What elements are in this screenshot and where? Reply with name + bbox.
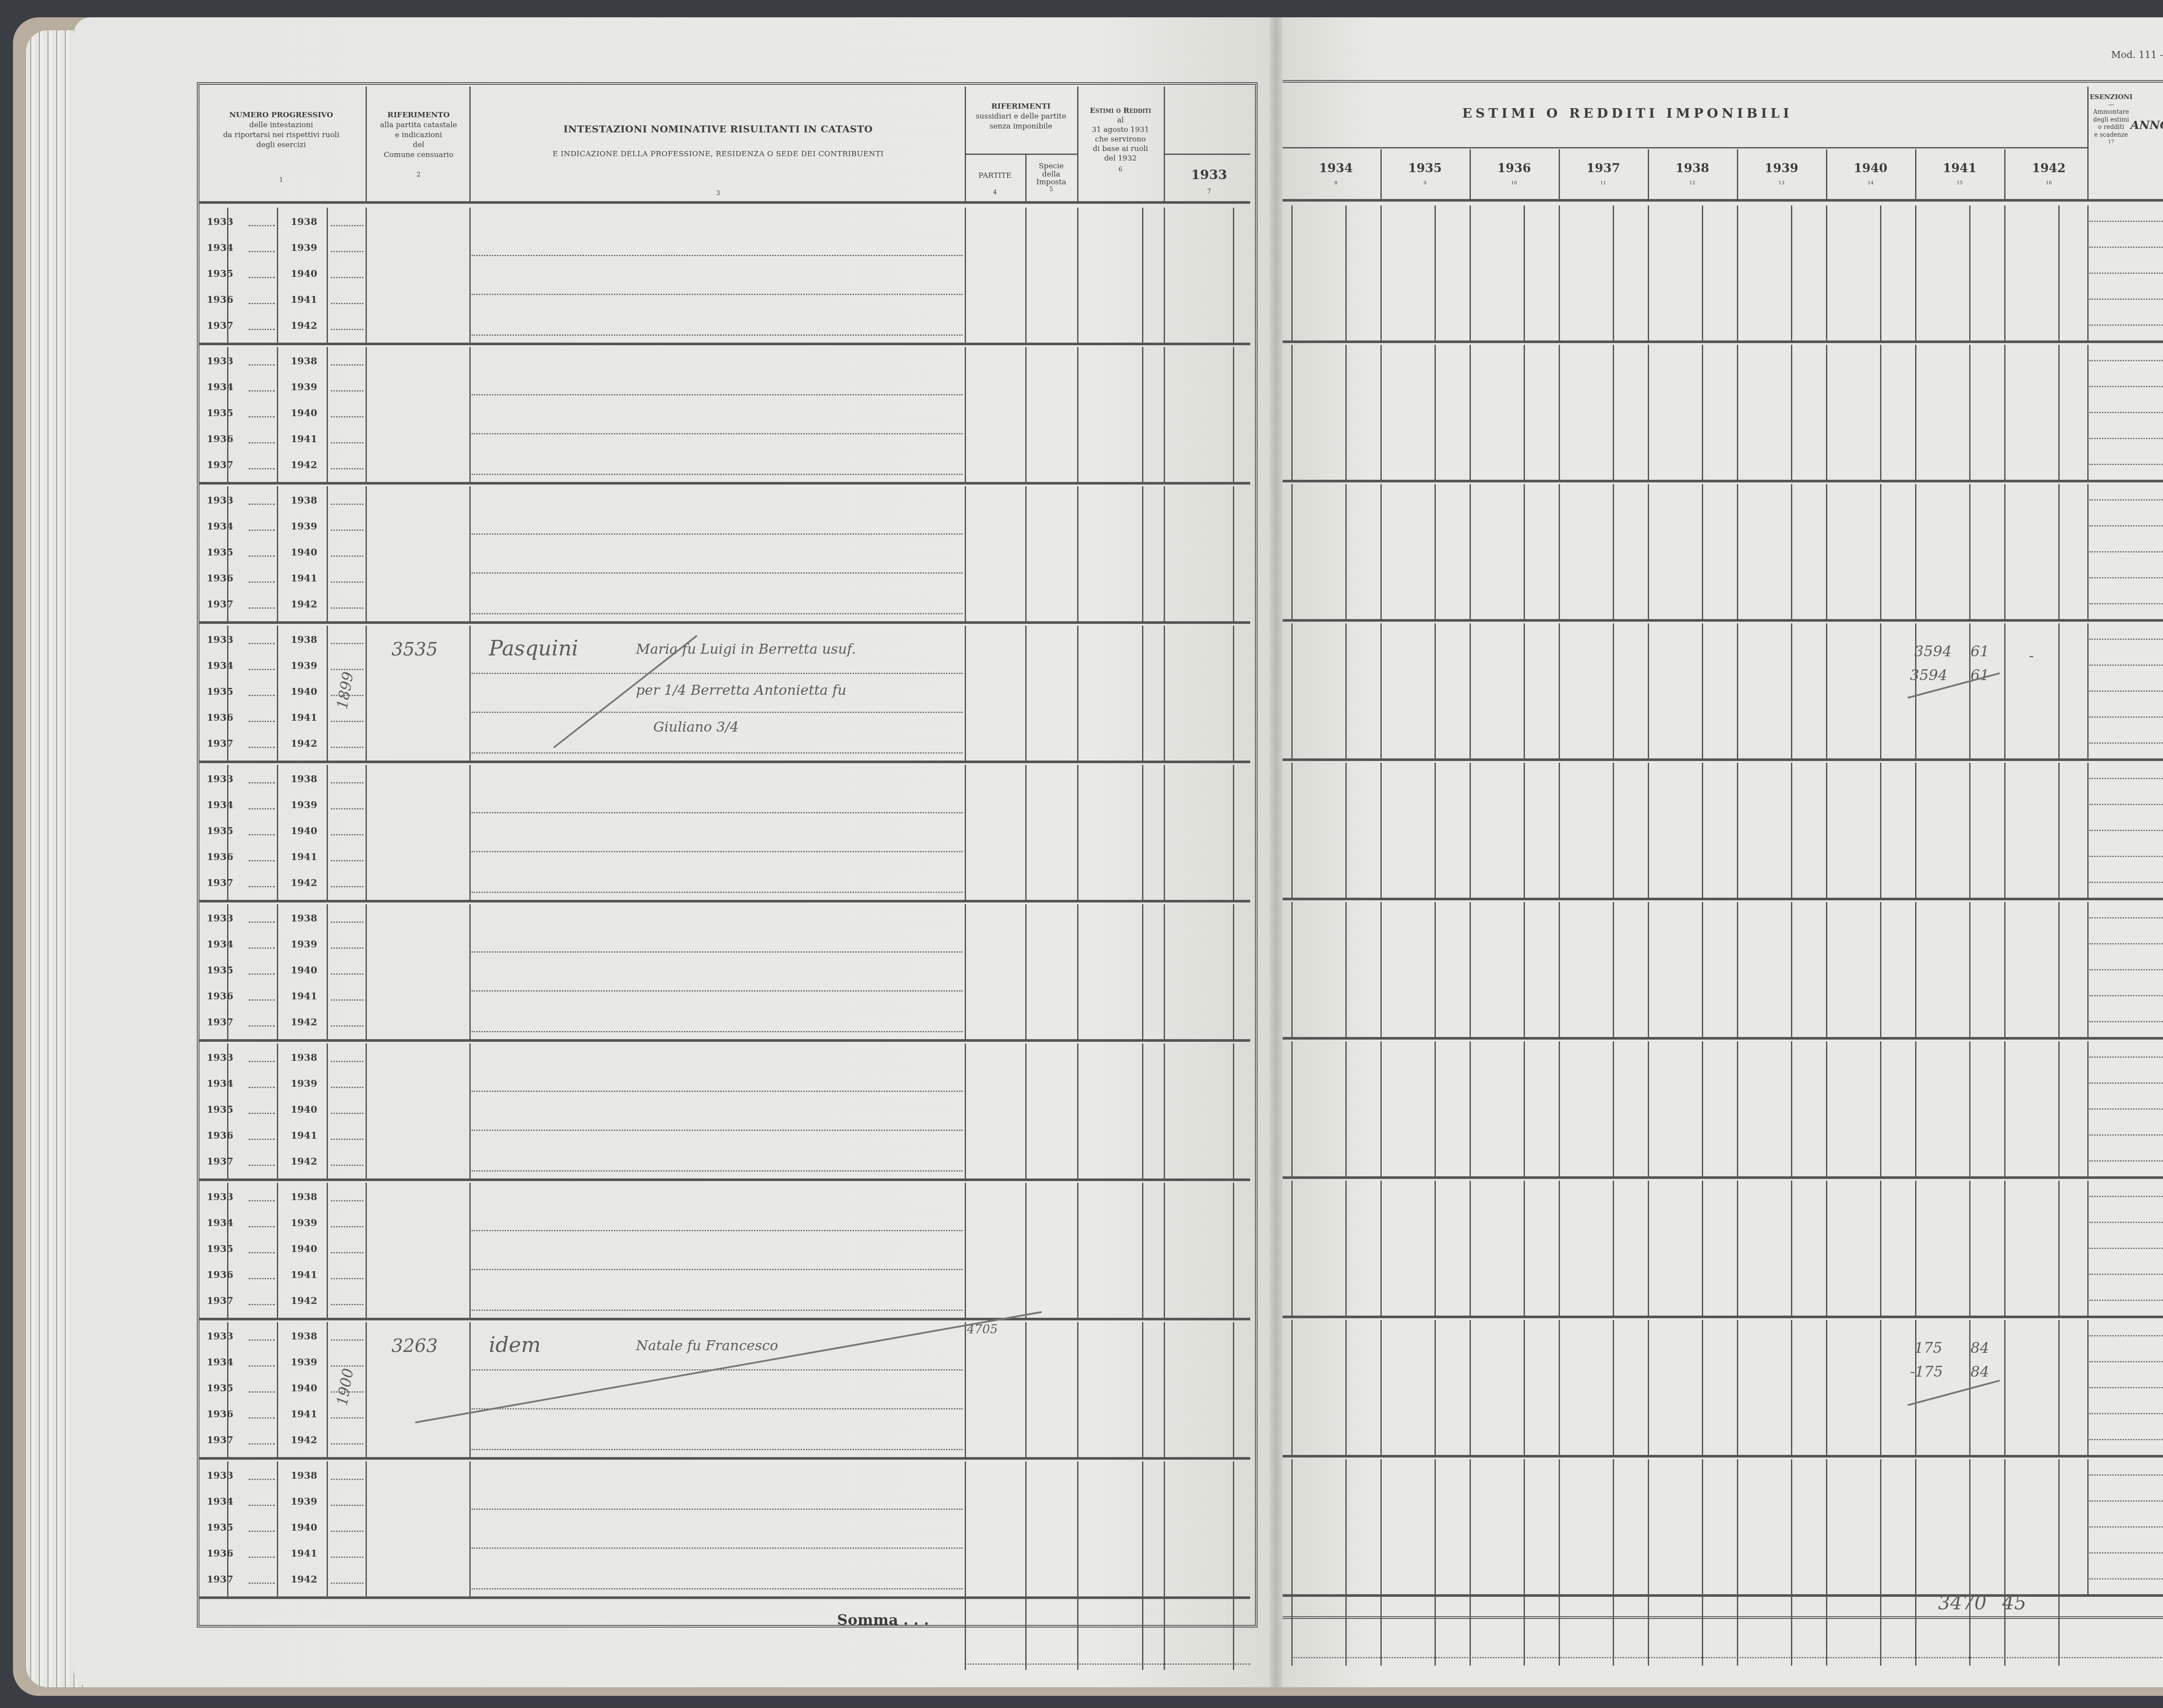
year-dotted [331, 782, 363, 783]
header-col7-year: 1933 [1168, 167, 1250, 184]
col-divider [1880, 763, 1881, 898]
col-divider [1524, 205, 1525, 340]
col-divider [1435, 1320, 1436, 1455]
year-dotted [331, 1139, 363, 1140]
col-divider [1524, 1459, 1525, 1594]
col-divider [366, 904, 367, 1039]
year-left: 1934 [207, 660, 233, 671]
col-divider [1880, 1181, 1881, 1316]
col-divider [1702, 623, 1703, 758]
header-col45: RIFERIMENTI sussidiari e delle partite s… [965, 102, 1077, 132]
col-divider [1164, 1322, 1165, 1457]
block-rule [199, 1039, 1250, 1042]
year-divider [2004, 149, 2006, 201]
year-right: 1940 [291, 1383, 317, 1394]
col-divider [1291, 484, 1293, 619]
year-dotted [249, 1531, 275, 1532]
year-dotted [331, 999, 363, 1001]
year-left: 1934 [207, 1496, 233, 1507]
year-dotted [331, 303, 363, 304]
year-dotted [331, 581, 363, 583]
year-dotted [249, 921, 275, 923]
col-divider [2058, 1320, 2060, 1455]
col-divider [1380, 484, 1382, 619]
col-divider [1025, 486, 1027, 621]
name-dotted-line [472, 673, 963, 674]
col-divider [1291, 1459, 1293, 1594]
col-divider [366, 1322, 367, 1457]
year-label: 1942 [2004, 160, 2093, 177]
col-divider [1915, 1041, 1916, 1176]
name-dotted-line [472, 294, 963, 295]
col-divider [1737, 623, 1738, 758]
year-dotted [331, 834, 363, 835]
col-divider [1969, 763, 1970, 898]
col-divider [1702, 1181, 1703, 1316]
name-dotted-line [472, 394, 963, 395]
year-dotted [249, 364, 275, 366]
col-divider [1613, 763, 1614, 898]
year-dotted [331, 973, 363, 975]
col-divider [1077, 765, 1078, 900]
year-dotted [331, 1087, 363, 1088]
year-dotted [249, 1417, 275, 1419]
block-rule [199, 621, 1250, 624]
subheader-rule [965, 154, 1077, 155]
year-dotted [249, 1139, 275, 1140]
year-dotted [331, 886, 363, 887]
entry-surname: Pasquini [489, 636, 578, 661]
entry-1942-value: - [2029, 647, 2034, 665]
col-divider [1880, 1041, 1881, 1176]
year-right: 1941 [291, 1130, 317, 1141]
annotazioni-title: ANNOTAZIONI [2131, 119, 2163, 132]
year-dotted [249, 504, 275, 505]
year-right: 1938 [291, 774, 317, 785]
col-divider [1025, 1322, 1027, 1457]
year-label: 1935 [1380, 160, 1470, 177]
year-dotted [331, 1113, 363, 1114]
years-top-rule [1283, 147, 2087, 148]
somma-divider [1613, 1596, 1614, 1666]
col-divider [1559, 623, 1560, 758]
esenzioni-line: o redditi [2089, 124, 2133, 132]
col-divider [1345, 1181, 1347, 1316]
header-col3: INTESTAZIONI NOMINATIVE RISULTANTI IN CA… [472, 123, 965, 198]
col-divider [1969, 1181, 1970, 1316]
col-divider [1737, 902, 1738, 1037]
col-divider [1737, 205, 1738, 340]
year-divider [1737, 149, 1738, 201]
year-col-num: 10 [1470, 180, 1559, 186]
col-divider [1791, 1459, 1792, 1594]
year-right: 1942 [291, 877, 317, 889]
col-divider [1291, 345, 1293, 480]
col-divider [1233, 904, 1234, 1039]
col-divider [1142, 765, 1143, 900]
name-dotted-line [472, 1408, 963, 1409]
year-dotted [249, 669, 275, 670]
esenzioni-dotted [2089, 1413, 2163, 1414]
col-divider [1380, 1320, 1382, 1455]
year-dotted [249, 1165, 275, 1166]
col-divider [2087, 623, 2089, 758]
block-rule-right [1283, 480, 2163, 482]
col-divider [1025, 626, 1027, 761]
col-divider [1291, 1320, 1293, 1455]
header-col6-line: al [1077, 116, 1164, 125]
col-divider [1826, 902, 1827, 1037]
header-col5: Specie della Imposta 5 [1027, 162, 1075, 193]
year-right: 1940 [291, 547, 317, 558]
col-divider [2004, 623, 2006, 758]
col-divider [1559, 1459, 1560, 1594]
col-divider [2087, 1181, 2089, 1316]
esenzioni-dotted [2089, 716, 2163, 718]
header-esenzioni: ESENZIONI — Ammontare degli estimi o red… [2089, 93, 2133, 145]
somma-divider [965, 1596, 966, 1670]
col-divider [1702, 484, 1703, 619]
year-dotted [331, 607, 363, 609]
year-right: 1939 [291, 382, 317, 393]
somma-divider [1291, 1596, 1293, 1666]
col-divider [2058, 1041, 2060, 1176]
col-divider [1380, 1459, 1382, 1594]
header-col-divider [1025, 154, 1027, 203]
year-dotted [249, 1557, 275, 1558]
esenzioni-line: Ammontare [2089, 109, 2133, 116]
col-divider [1969, 1041, 1970, 1176]
year-right: 1938 [291, 1331, 317, 1342]
esenzioni-line: e scadenze [2089, 132, 2133, 139]
block-rule-right [1283, 340, 2163, 343]
esenzioni-dotted [2089, 1108, 2163, 1110]
year-right: 1942 [291, 1017, 317, 1028]
somma-divider [1737, 1596, 1738, 1666]
col-divider [327, 626, 328, 761]
col-divider [366, 1183, 367, 1318]
year-dotted [249, 468, 275, 469]
col-divider [1648, 623, 1649, 758]
name-dotted-line [472, 334, 963, 336]
col-divider [1915, 345, 1916, 480]
year-col-num: 13 [1737, 180, 1826, 186]
col-divider [1233, 208, 1234, 343]
somma-divider [1915, 1596, 1916, 1666]
col-divider [366, 486, 367, 621]
col-divider [1345, 205, 1347, 340]
year-right: 1942 [291, 459, 317, 471]
year-left: 1933 [207, 1052, 233, 1063]
col-divider [1559, 205, 1560, 340]
year-left: 1937 [207, 877, 233, 889]
col-divider [327, 1461, 328, 1596]
col-divider [1648, 205, 1649, 340]
col-divider [1915, 763, 1916, 898]
entry-1941-value: 3594 [1914, 643, 1952, 660]
col-divider [1380, 902, 1382, 1037]
esenzioni-dotted [2089, 386, 2163, 387]
esenzioni-dotted [2089, 1082, 2163, 1084]
col-divider [1142, 208, 1143, 343]
col-divider [2004, 902, 2006, 1037]
year-dotted [249, 1505, 275, 1506]
col-divider [366, 1043, 367, 1178]
year-dotted [249, 1583, 275, 1584]
year-left: 1935 [207, 1383, 233, 1394]
col-divider [965, 486, 966, 621]
col-divider [1142, 626, 1143, 761]
header-col-divider [2087, 87, 2089, 201]
year-col-num: 14 [1826, 180, 1915, 186]
col-divider [1435, 623, 1436, 758]
year-col-num: 11 [1559, 180, 1648, 186]
col-divider [1380, 623, 1382, 758]
somma-divider [1826, 1596, 1827, 1666]
year-divider [1470, 149, 1471, 201]
esenzioni-dotted [2089, 1361, 2163, 1362]
year-right: 1939 [291, 242, 317, 254]
year-left: 1937 [207, 738, 233, 749]
year-dotted [331, 1252, 363, 1253]
year-left: 1934 [207, 799, 233, 811]
col-divider [1826, 1181, 1827, 1316]
col-divider [1648, 902, 1649, 1037]
col-divider [1737, 1181, 1738, 1316]
col-divider [1164, 626, 1165, 761]
year-left: 1933 [207, 913, 233, 924]
header-col2-line: e indicazioni [368, 130, 469, 140]
col-divider [469, 765, 471, 900]
col-divider [1345, 763, 1347, 898]
somma-total-value: 3470 [1938, 1592, 1986, 1614]
col-divider [1435, 484, 1436, 619]
col-divider [1470, 623, 1471, 758]
entry-line1: Maria fu Luigi in Berretta usuf. [636, 641, 856, 657]
name-dotted-line [472, 1130, 963, 1131]
col-divider [1648, 1041, 1649, 1176]
col-divider [2058, 763, 2060, 898]
year-divider [1559, 149, 1560, 201]
col-divider [277, 1183, 278, 1318]
name-dotted-line [472, 1547, 963, 1549]
col-divider [1025, 1183, 1027, 1318]
col-divider [2087, 1320, 2089, 1455]
col-divider [1559, 1181, 1560, 1316]
col-divider [1435, 345, 1436, 480]
col-divider [1164, 1461, 1165, 1596]
col-divider [1702, 763, 1703, 898]
col-divider [1969, 902, 1970, 1037]
year-right: 1939 [291, 521, 317, 532]
col-divider [1380, 763, 1382, 898]
col-divider [1524, 1181, 1525, 1316]
col-divider [1291, 763, 1293, 898]
col-divider [2004, 1320, 2006, 1455]
col-divider [1142, 1043, 1143, 1178]
col-divider [277, 765, 278, 900]
col-divider [1880, 205, 1881, 340]
header-col45-line: senza imponibile [965, 122, 1077, 132]
col-divider [327, 347, 328, 482]
year-left: 1937 [207, 1017, 233, 1028]
col-divider [1826, 484, 1827, 619]
col-divider [366, 208, 367, 343]
name-dotted-line [472, 752, 963, 754]
col-divider [2087, 902, 2089, 1037]
col-divider [277, 486, 278, 621]
header-bottom-rule [199, 201, 1250, 204]
esenzioni-num: 17 [2089, 139, 2133, 145]
col-divider [2087, 345, 2089, 480]
esenzioni-dotted [2089, 856, 2163, 857]
col-divider [2087, 205, 2089, 340]
col-divider [1470, 484, 1471, 619]
year-right: 1939 [291, 1496, 317, 1507]
year-col-num: 16 [2004, 180, 2093, 186]
block-rule [199, 761, 1250, 763]
col-divider [327, 208, 328, 343]
year-left: 1934 [207, 521, 233, 532]
name-dotted-line [472, 1449, 963, 1450]
somma-total-cents: 45 [2002, 1592, 2026, 1614]
header-col6-num: 6 [1077, 166, 1164, 173]
col-divider [1233, 1043, 1234, 1178]
year-left: 1933 [207, 1470, 233, 1481]
col-divider [469, 486, 471, 621]
col-divider [965, 1183, 966, 1318]
year-dotted [249, 1443, 275, 1445]
name-dotted-line [472, 613, 963, 614]
col-divider [469, 626, 471, 761]
header-col6-line: 31 agosto 1931 [1077, 125, 1164, 135]
col-divider [1025, 904, 1027, 1039]
esenzioni-dotted [2089, 1134, 2163, 1136]
esenzioni-dotted [2089, 1335, 2163, 1336]
year-dotted [249, 1391, 275, 1393]
somma-divider [1470, 1596, 1471, 1666]
col-divider [1380, 205, 1382, 340]
col-divider [1470, 205, 1471, 340]
entry-line3: Giuliano 3/4 [653, 719, 739, 735]
year-divider [1648, 149, 1649, 201]
esenzioni-dotted [2089, 1500, 2163, 1502]
name-dotted-line [472, 474, 963, 475]
col-divider [1291, 623, 1293, 758]
year-dotted [249, 1061, 275, 1062]
year-left: 1936 [207, 851, 233, 863]
col-divider [1025, 1043, 1027, 1178]
col-divider [1345, 1041, 1347, 1176]
year-left: 1935 [207, 686, 233, 697]
esenzioni-dotted [2089, 1274, 2163, 1275]
year-left: 1937 [207, 1295, 233, 1307]
year-right: 1942 [291, 1435, 317, 1446]
col-divider [1025, 765, 1027, 900]
col-divider [327, 486, 328, 621]
col-divider [277, 347, 278, 482]
col-divider [2058, 902, 2060, 1037]
name-dotted-line [472, 951, 963, 953]
header-col45-title: RIFERIMENTI [965, 102, 1077, 112]
year-dotted [249, 1304, 275, 1305]
esenzioni-dotted [2089, 1526, 2163, 1528]
esenzioni-dotted [2089, 1474, 2163, 1476]
header-bottom-rule-right [1283, 199, 2163, 202]
col-divider [1915, 205, 1916, 340]
col-divider [1142, 1183, 1143, 1318]
year-right: 1939 [291, 1078, 317, 1089]
col-divider [1142, 486, 1143, 621]
esenzioni-dotted [2089, 221, 2163, 222]
col-divider [1826, 345, 1827, 480]
col-divider [1737, 1041, 1738, 1176]
col-divider [469, 904, 471, 1039]
header-col1: NUMERO PROGRESSIVO delle intestazioni da… [199, 110, 363, 184]
year-left: 1936 [207, 573, 233, 584]
year-dotted [249, 747, 275, 748]
block-rule [199, 482, 1250, 485]
year-right: 1941 [291, 851, 317, 863]
col-divider [1077, 626, 1078, 761]
col-divider [2004, 345, 2006, 480]
col-divider [1648, 1320, 1649, 1455]
col-divider [1435, 1181, 1436, 1316]
esenzioni-dotted [2089, 499, 2163, 501]
name-dotted-line [472, 1269, 963, 1270]
year-right: 1939 [291, 799, 317, 811]
col-divider [1233, 486, 1234, 621]
year-left: 1933 [207, 495, 233, 506]
col-divider [1077, 208, 1078, 343]
year-right: 1940 [291, 965, 317, 976]
year-right: 1940 [291, 268, 317, 279]
col-divider [1648, 345, 1649, 480]
year-dotted [249, 1025, 275, 1027]
year-right: 1942 [291, 320, 317, 331]
year-left: 1936 [207, 294, 233, 305]
block-rule-right [1283, 1594, 2163, 1597]
year-dotted [331, 251, 363, 252]
year-right: 1938 [291, 216, 317, 228]
block-rule-right [1283, 898, 2163, 900]
esenzioni-dotted [2089, 1222, 2163, 1223]
year-dotted [249, 1479, 275, 1480]
year-left: 1935 [207, 1243, 233, 1255]
year-dotted [331, 860, 363, 861]
col-divider [1470, 345, 1471, 480]
year-dotted [331, 1557, 363, 1558]
header-col6-line: di base ai ruoli [1077, 144, 1164, 154]
col-divider [1702, 345, 1703, 480]
col-divider [1025, 347, 1027, 482]
esenzioni-dotted [2089, 551, 2163, 552]
year-dotted [249, 1087, 275, 1088]
header-col45-line: sussidiari e delle partite [965, 112, 1077, 122]
year-left: 1933 [207, 356, 233, 367]
right-table-frame [1283, 80, 2163, 1619]
name-dotted-line [472, 572, 963, 574]
col-divider [965, 1461, 966, 1596]
year-header-1939: 193913 [1737, 160, 1826, 186]
col-divider [965, 765, 966, 900]
col-divider [327, 765, 328, 900]
somma-divider [1142, 1596, 1143, 1670]
col-divider [1233, 765, 1234, 900]
somma-total: 3470 45 [1938, 1592, 2026, 1614]
header-col2-line: Comune censuario [368, 150, 469, 160]
year-dotted [331, 1505, 363, 1506]
